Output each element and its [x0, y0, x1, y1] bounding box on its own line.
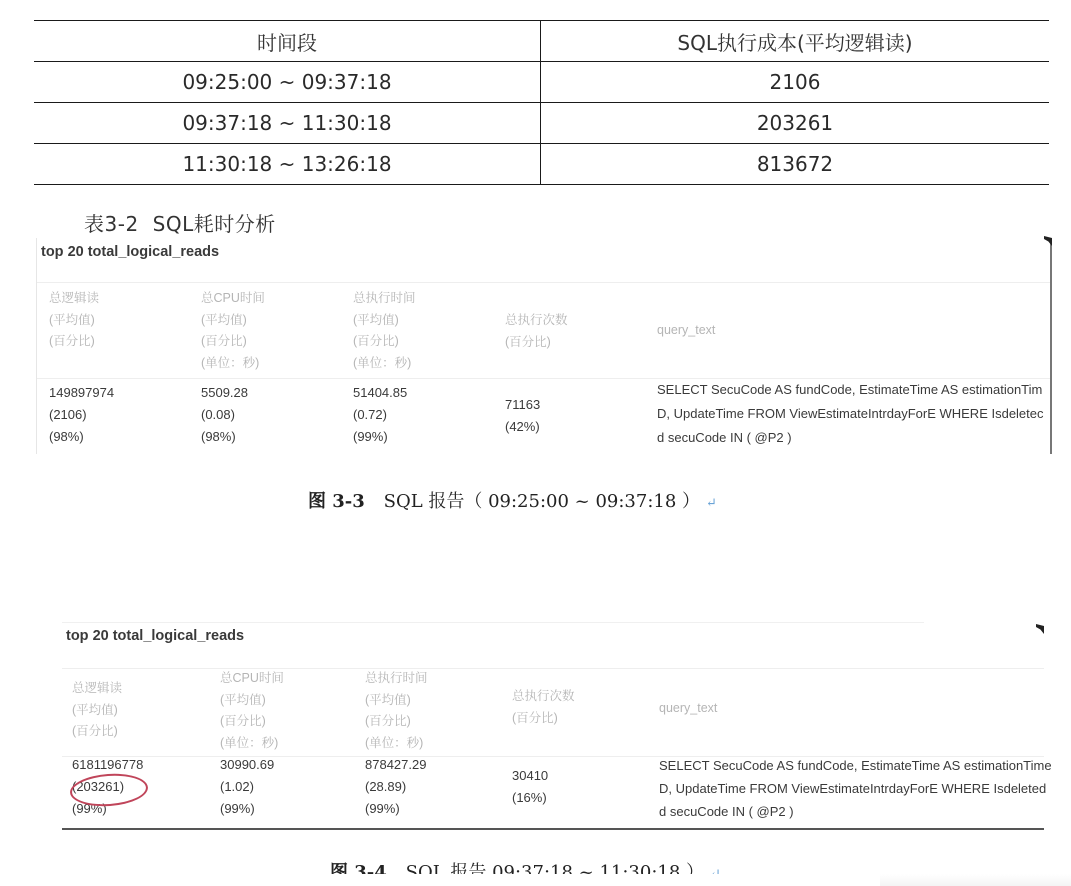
value-line: 5509.28: [201, 382, 248, 404]
header-line: 总逻辑读: [72, 678, 122, 700]
figure-title: SQL 报告 09:37:18 ~ 11:30:18 ）: [406, 862, 704, 874]
return-mark-icon: ↵: [706, 496, 717, 511]
query-text-clip: SELECT SecuCode AS fundCode, EstimateTim…: [657, 378, 1050, 454]
value-line: (2106): [49, 404, 114, 426]
header-query-text: query_text: [659, 698, 717, 720]
value-query-text: SELECT SecuCode AS fundCode, EstimateTim…: [659, 754, 1052, 823]
header-line: (百分比): [365, 711, 428, 733]
table-caption: 表3-2SQL耗时分析: [84, 208, 276, 237]
header-line: (单位：秒): [365, 733, 428, 755]
header-line: (百分比): [72, 721, 122, 743]
value-line: (0.08): [201, 404, 248, 426]
header-cpu-time: 总CPU时间 (平均值) (百分比) (单位：秒): [201, 288, 265, 374]
period-cell: 11:30:18 ~ 13:26:18: [34, 144, 541, 185]
corner-mark-icon: [1044, 236, 1052, 246]
header-line: (百分比): [505, 332, 568, 354]
sql-report-screenshot-2: top 20 total_logical_reads 总逻辑读 (平均值) (百…: [62, 622, 1044, 832]
period-cell: 09:37:18 ~ 11:30:18: [34, 103, 541, 144]
header-line: 总执行次数: [512, 686, 575, 708]
header-line: query_text: [659, 698, 717, 720]
header-line: (平均值): [49, 310, 99, 332]
cost-cell: 2106: [541, 62, 1050, 103]
header-period: 时间段: [34, 21, 541, 62]
table-caption-text: SQL耗时分析: [153, 212, 276, 236]
query-line: SELECT SecuCode AS fundCode, EstimateTim…: [657, 378, 1044, 402]
value-line: 71163: [505, 394, 540, 416]
figure-title: SQL 报告（ 09:25:00 ~ 09:37:18 ）: [384, 491, 700, 512]
header-exec-time: 总执行时间 (平均值) (百分比) (单位：秒): [365, 668, 428, 754]
value-line: 30990.69: [220, 754, 274, 776]
value-exec-time: 878427.29 (28.89) (99%): [365, 754, 426, 820]
value-query-text: SELECT SecuCode AS fundCode, EstimateTim…: [657, 378, 1044, 450]
header-line: (平均值): [365, 690, 428, 712]
header-logical-reads: 总逻辑读 (平均值) (百分比): [49, 288, 99, 353]
header-line: (单位：秒): [220, 733, 284, 755]
value-exec-count: 71163 (42%): [505, 394, 540, 438]
header-line: (平均值): [220, 690, 284, 712]
query-line: d secuCode IN ( @P2 ): [659, 800, 1052, 823]
sql-report-screenshot-1: top 20 total_logical_reads 总逻辑读 (平均值) (百…: [36, 238, 1052, 454]
divider: [62, 828, 1044, 830]
header-line: (百分比): [201, 331, 265, 353]
header-line: 总执行次数: [505, 310, 568, 332]
value-line: 51404.85: [353, 382, 407, 404]
header-line: (平均值): [72, 700, 122, 722]
table-header-row: 时间段 SQL执行成本(平均逻辑读): [34, 21, 1049, 62]
value-line: 149897974: [49, 382, 114, 404]
header-line: (百分比): [220, 711, 284, 733]
header-line: (百分比): [49, 331, 99, 353]
value-line: 30410: [512, 765, 548, 787]
table-row: 11:30:18 ~ 13:26:18 813672: [34, 144, 1049, 185]
page-edge-shadow: [880, 874, 1071, 886]
header-line: 总逻辑读: [49, 288, 99, 310]
period-cell: 09:25:00 ~ 09:37:18: [34, 62, 541, 103]
value-line: (1.02): [220, 776, 274, 798]
return-mark-icon: ↵: [710, 867, 721, 874]
header-exec-count: 总执行次数 (百分比): [505, 310, 568, 353]
value-exec-count: 30410 (16%): [512, 765, 548, 809]
header-cost: SQL执行成本(平均逻辑读): [541, 21, 1050, 62]
value-line: (98%): [49, 426, 114, 448]
value-line: (28.89): [365, 776, 426, 798]
header-line: (单位：秒): [353, 353, 416, 375]
header-line: (平均值): [201, 310, 265, 332]
report-title: top 20 total_logical_reads: [41, 244, 219, 260]
value-line: (99%): [220, 798, 274, 820]
value-cpu-time: 30990.69 (1.02) (99%): [220, 754, 274, 820]
header-line: 总执行时间: [365, 668, 428, 690]
table-row: 09:37:18 ~ 11:30:18 203261: [34, 103, 1049, 144]
cost-cell: 813672: [541, 144, 1050, 185]
sql-cost-table: 时间段 SQL执行成本(平均逻辑读) 09:25:00 ~ 09:37:18 2…: [34, 20, 1049, 185]
header-line: query_text: [657, 320, 715, 342]
header-cpu-time: 总CPU时间 (平均值) (百分比) (单位：秒): [220, 668, 284, 754]
query-line: SELECT SecuCode AS fundCode, EstimateTim…: [659, 754, 1052, 777]
header-line: 总CPU时间: [201, 288, 265, 310]
header-line: (平均值): [353, 310, 416, 332]
header-line: (百分比): [512, 708, 575, 730]
header-exec-count: 总执行次数 (百分比): [512, 686, 575, 729]
figure-caption-3-4: 图 3-4 SQL 报告 09:37:18 ~ 11:30:18 ）↵: [330, 858, 721, 874]
value-logical-reads: 149897974 (2106) (98%): [49, 382, 114, 448]
value-cpu-time: 5509.28 (0.08) (98%): [201, 382, 248, 448]
value-line: 6181196778: [72, 754, 143, 776]
corner-mark-icon: [1036, 624, 1044, 634]
value-line: (99%): [353, 426, 407, 448]
table-caption-number: 表3-2: [84, 212, 139, 236]
header-logical-reads: 总逻辑读 (平均值) (百分比): [72, 678, 122, 743]
divider: [37, 282, 1050, 283]
query-line: D, UpdateTime FROM ViewEstimateIntrdayFo…: [659, 777, 1052, 800]
report-title: top 20 total_logical_reads: [66, 628, 244, 644]
value-line: (98%): [201, 426, 248, 448]
value-line: (99%): [365, 798, 426, 820]
header-line: 总CPU时间: [220, 668, 284, 690]
query-line: D, UpdateTime FROM ViewEstimateIntrdayFo…: [657, 402, 1044, 426]
figure-number: 图 3-3: [308, 491, 365, 512]
header-query-text: query_text: [657, 320, 715, 342]
query-line: d secuCode IN ( @P2 ): [657, 426, 1044, 450]
value-line: 878427.29: [365, 754, 426, 776]
divider: [62, 668, 1044, 669]
table-row: 09:25:00 ~ 09:37:18 2106: [34, 62, 1049, 103]
figure-caption-3-3: 图 3-3 SQL 报告（ 09:25:00 ~ 09:37:18 ）↵: [308, 487, 717, 513]
header-line: (百分比): [353, 331, 416, 353]
divider: [62, 622, 924, 623]
header-line: (单位：秒): [201, 353, 265, 375]
figure-number: 图 3-4: [330, 862, 387, 874]
cost-cell: 203261: [541, 103, 1050, 144]
value-line: (0.72): [353, 404, 407, 426]
header-exec-time: 总执行时间 (平均值) (百分比) (单位：秒): [353, 288, 416, 374]
value-line: (16%): [512, 787, 548, 809]
value-line: (42%): [505, 416, 540, 438]
header-line: 总执行时间: [353, 288, 416, 310]
value-exec-time: 51404.85 (0.72) (99%): [353, 382, 407, 448]
